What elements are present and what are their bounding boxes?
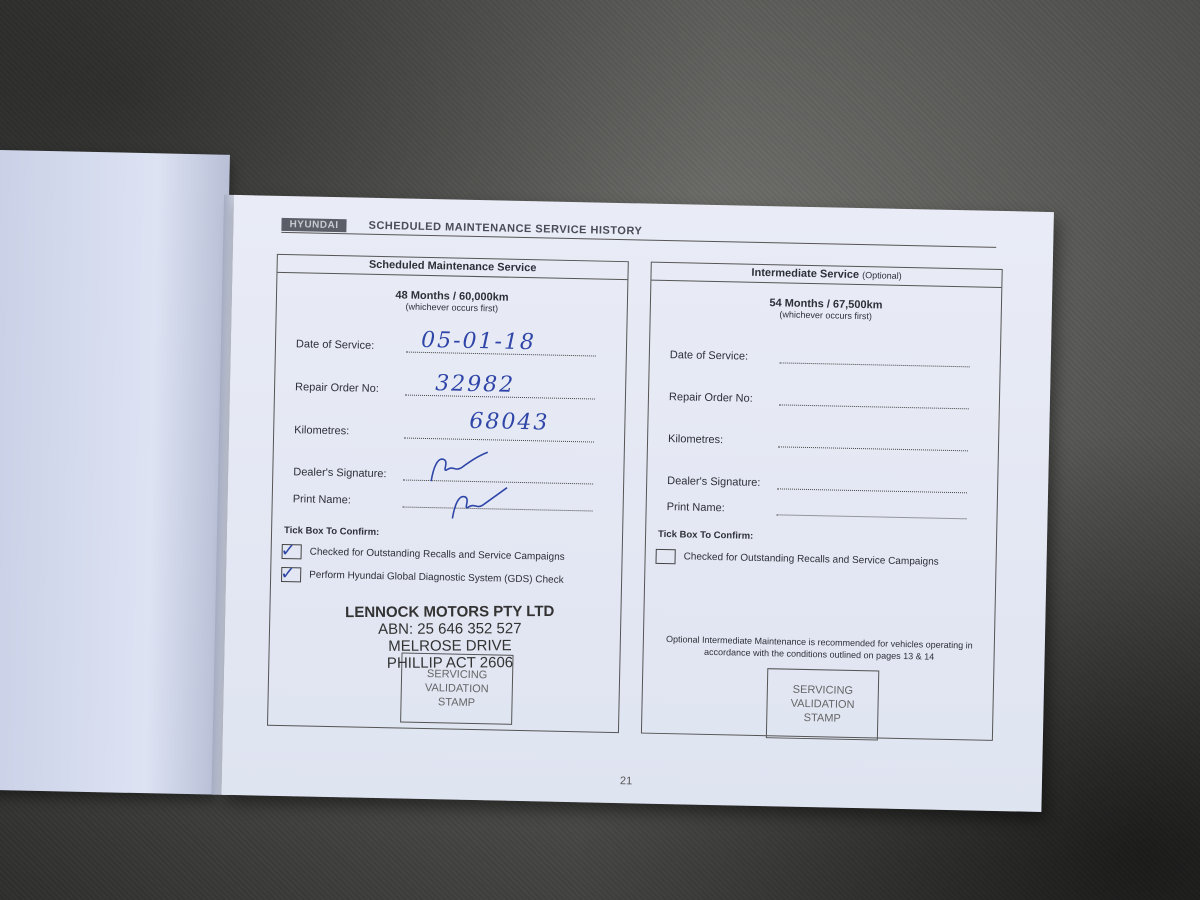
- signature-scribble: [423, 449, 494, 484]
- checkmark-icon: ✓: [280, 541, 295, 559]
- tick-box-title: Tick Box To Confirm:: [284, 525, 379, 538]
- handwritten-date: 05-01-18: [421, 328, 536, 355]
- checkbox-recalls[interactable]: ✓: [281, 544, 301, 559]
- intermediate-service-box: Intermediate Service (Optional) 54 Month…: [641, 262, 1003, 741]
- field-repair-order: Repair Order No: 32982: [295, 373, 605, 401]
- field-print-name: Print Name:: [667, 493, 977, 521]
- field-date-of-service: Date of Service:: [670, 341, 980, 369]
- tick-recalls: Checked for Outstanding Recalls and Serv…: [655, 549, 938, 570]
- checkmark-icon: ✓: [280, 564, 295, 582]
- tick-box-title: Tick Box To Confirm:: [658, 529, 753, 542]
- field-repair-order: Repair Order No:: [669, 383, 979, 411]
- intermediate-title: Intermediate Service (Optional): [651, 263, 1001, 288]
- page-number: 21: [620, 775, 632, 787]
- page-title: SCHEDULED MAINTENANCE SERVICE HISTORY: [368, 220, 642, 238]
- validation-stamp-box: SERVICING VALIDATION STAMP: [766, 668, 879, 740]
- checkbox-gds[interactable]: ✓: [281, 567, 301, 582]
- field-kilometres: Kilometres:: [668, 425, 978, 453]
- brand-badge: HYUNDAI: [281, 217, 346, 231]
- field-dealer-signature: Dealer's Signature:: [293, 458, 603, 486]
- field-print-name: Print Name:: [293, 485, 603, 513]
- dealer-stamp: LENNOCK MOTORS PTY LTD ABN: 25 646 352 5…: [330, 603, 570, 672]
- service-booklet: HYUNDAI SCHEDULED MAINTENANCE SERVICE HI…: [0, 150, 1090, 823]
- field-kilometres: Kilometres: 68043: [294, 416, 604, 444]
- field-date-of-service: Date of Service: 05-01-18: [296, 330, 606, 358]
- scheduled-service-box: Scheduled Maintenance Service 48 Months …: [267, 254, 629, 733]
- handwritten-repair-order: 32982: [435, 371, 516, 398]
- intermediate-note: Optional Intermediate Maintenance is rec…: [652, 633, 987, 664]
- page-header: HYUNDAI SCHEDULED MAINTENANCE SERVICE HI…: [281, 216, 996, 248]
- left-page: [0, 150, 230, 795]
- right-page: HYUNDAI SCHEDULED MAINTENANCE SERVICE HI…: [222, 195, 1054, 812]
- tick-recalls: ✓ Checked for Outstanding Recalls and Se…: [281, 544, 564, 565]
- print-name-scribble: [442, 484, 513, 521]
- scheduled-title: Scheduled Maintenance Service: [277, 255, 627, 280]
- tick-gds: ✓ Perform Hyundai Global Diagnostic Syst…: [281, 567, 564, 588]
- handwritten-kilometres: 68043: [469, 409, 550, 436]
- field-dealer-signature: Dealer's Signature:: [667, 467, 977, 495]
- checkbox-recalls[interactable]: [655, 549, 675, 564]
